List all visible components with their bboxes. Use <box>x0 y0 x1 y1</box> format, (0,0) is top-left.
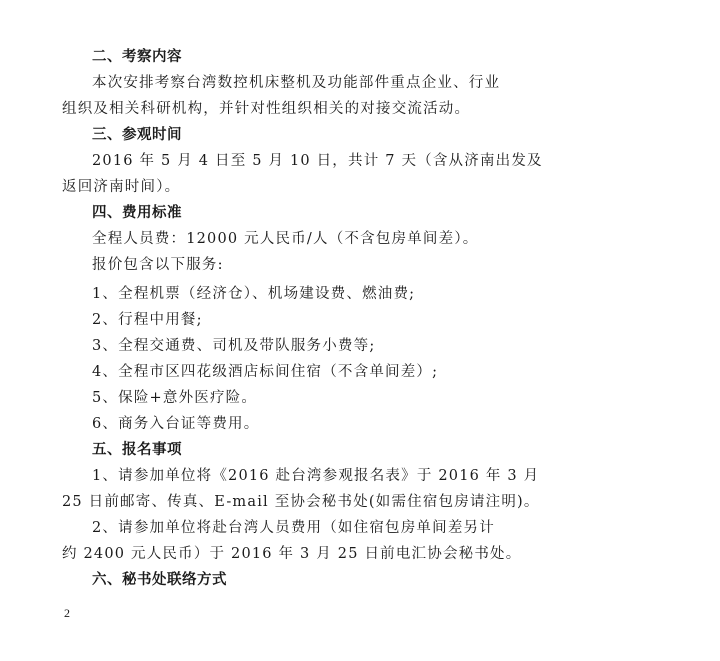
service-list-item: 3、全程交通费、司机及带队服务小费等; <box>92 336 375 356</box>
section-heading-secretariat-contact: 六、秘书处联络方式 <box>92 570 227 590</box>
paragraph-line: 2016 年 5 月 4 日至 5 月 10 日，共计 7 天（含从济南出发及 <box>92 151 543 171</box>
paragraph-line: 返回济南时间）。 <box>62 177 180 197</box>
section-heading-fee-standard: 四、费用标准 <box>92 203 182 223</box>
paragraph-line: 1、请参加单位将《2016 赴台湾参观报名表》于 2016 年 3 月 <box>92 466 539 486</box>
paragraph-line: 2、请参加单位将赴台湾人员费用（如住宿包房单间差另计 <box>92 518 495 538</box>
section-heading-inspection-content: 二、考察内容 <box>92 47 182 67</box>
section-heading-visit-time: 三、参观时间 <box>92 125 182 145</box>
section-heading-registration: 五、报名事项 <box>92 440 182 460</box>
service-list-item: 5、保险+意外医疗险。 <box>92 388 257 408</box>
paragraph-line: 本次安排考察台湾数控机床整机及功能部件重点企业、行业 <box>92 73 500 93</box>
document-page: 二、考察内容 本次安排考察台湾数控机床整机及功能部件重点企业、行业 组织及相关科… <box>0 0 720 661</box>
paragraph-line: 组织及相关科研机构，并针对性组织相关的对接交流活动。 <box>62 99 470 119</box>
paragraph-line: 报价包含以下服务: <box>92 255 224 275</box>
paragraph-line: 约 2400 元人民币）于 2016 年 3 月 25 日前电汇协会秘书处。 <box>62 544 521 564</box>
service-list-item: 4、全程市区四花级酒店标间住宿（不含单间差）; <box>92 362 438 382</box>
service-list-item: 2、行程中用餐; <box>92 310 203 330</box>
service-list-item: 6、商务入台证等费用。 <box>92 414 259 434</box>
page-number: 2 <box>64 606 70 621</box>
paragraph-line: 全程人员费：12000 元人民币/人（不含包房单间差）。 <box>92 229 478 249</box>
service-list-item: 1、全程机票（经济仓）、机场建设费、燃油费; <box>92 284 415 304</box>
paragraph-line: 25 日前邮寄、传真、E-mail 至协会秘书处(如需住宿包房请注明)。 <box>62 492 540 512</box>
